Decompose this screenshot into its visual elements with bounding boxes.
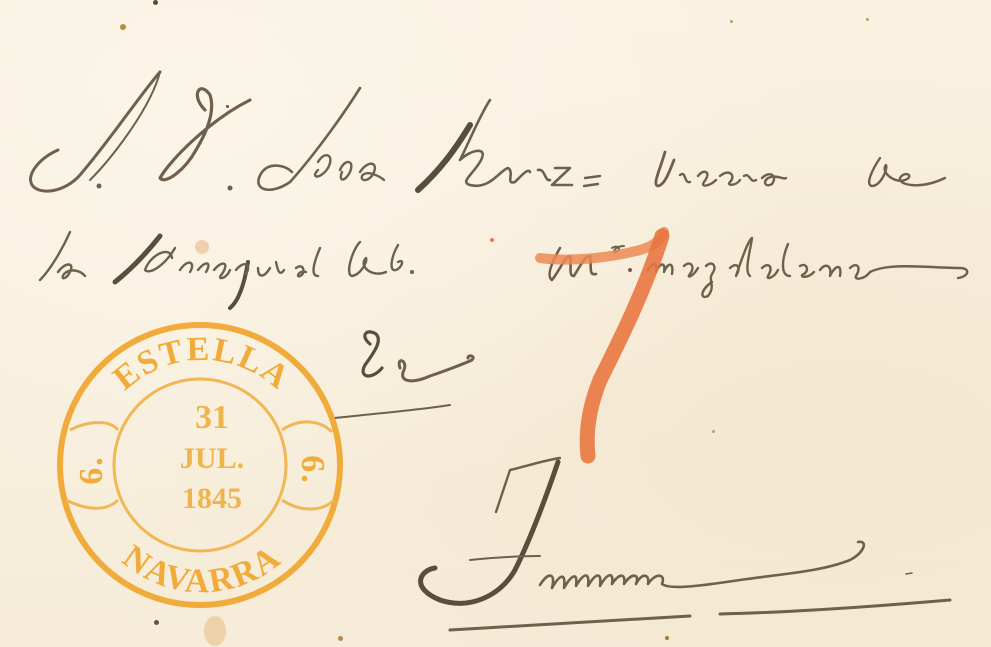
age-spot xyxy=(866,18,869,21)
age-spot xyxy=(712,430,715,433)
age-spot xyxy=(665,636,669,640)
age-spot xyxy=(226,105,229,108)
age-spot xyxy=(154,620,159,625)
age-spot xyxy=(195,240,209,254)
age-spot xyxy=(204,616,226,646)
postmark-month: JUL. xyxy=(180,442,244,475)
postmark-left-mark: 6. xyxy=(73,455,110,485)
postmark-day: 31 xyxy=(195,399,229,436)
postmark-right-mark: 6. xyxy=(294,455,331,485)
age-spot xyxy=(338,636,343,641)
letter-cover: S. D. Jose Ruiz = Vicario de la Parroqui… xyxy=(0,0,991,647)
postmark: ESTELLA NAVARRA 6. 6. 31 JUL. 1845 xyxy=(0,0,991,647)
postmark-year: 1845 xyxy=(182,482,242,515)
age-spot xyxy=(120,24,126,30)
age-spot xyxy=(153,0,158,5)
age-spot xyxy=(730,20,733,23)
age-spot xyxy=(490,238,494,242)
